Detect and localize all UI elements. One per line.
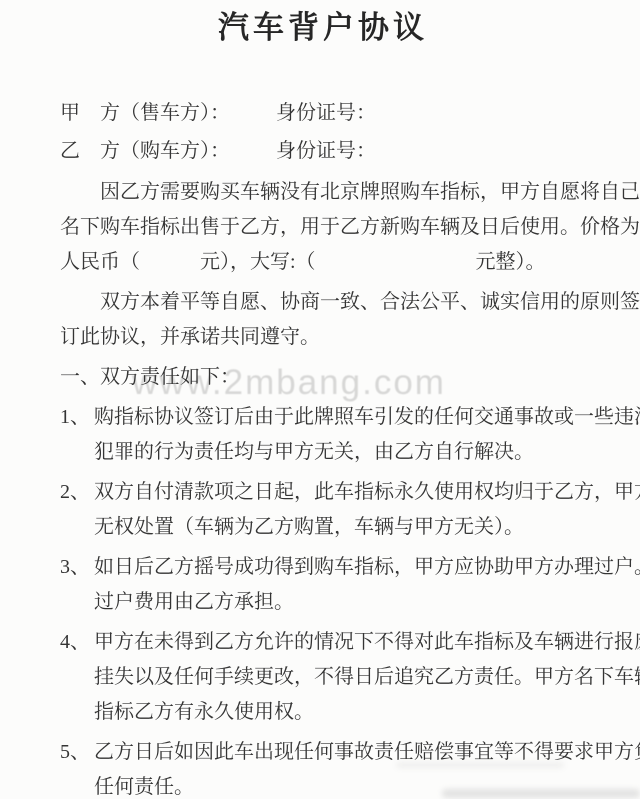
document-content: 汽车背户协议 甲 方（售车方）： 身份证号： 乙 方（购车方）： 身份证号： 因… (0, 0, 640, 799)
party-b-label: 乙 方（购车方）： (60, 132, 276, 170)
clause-line: 乙方日后如因此车出现任何事故责任赔偿事宜等不得要求甲方负 (94, 735, 640, 770)
clause-row: 4、 甲方在未得到乙方允许的情况下不得对此车指标及车辆进行报废 (60, 625, 586, 660)
clause-number: 3、 (60, 550, 94, 585)
party-a-id-label: 身份证号： (276, 94, 376, 132)
clause-line: 如日后乙方摇号成功得到购车指标，甲方应协助甲方办理过户。 (94, 550, 640, 585)
clause-row: 3、 如日后乙方摇号成功得到购车指标，甲方应协助甲方办理过户。 (60, 550, 586, 585)
clause-line: 犯罪的行为责任均与甲方无关，由乙方自行解决。 (60, 435, 586, 470)
clause-row: 1、 购指标协议签订后由于此牌照车引发的任何交通事故或一些违法 (60, 400, 586, 435)
clause-2: 2、 双方自付清款项之日起，此车指标永久使用权均归于乙方，甲方 无权处置（车辆为… (60, 475, 586, 545)
clause-number: 1、 (60, 400, 94, 435)
clause-line: 指标乙方有永久使用权。 (60, 695, 586, 730)
page-title: 汽车背户协议 (60, 0, 586, 49)
paragraph-line: 双方本着平等自愿、协商一致、合法公平、诚实信用的原则签 (60, 285, 586, 320)
party-b-row: 乙 方（购车方）： 身份证号： (60, 132, 586, 170)
parties-section: 甲 方（售车方）： 身份证号： 乙 方（购车方）： 身份证号： (60, 94, 586, 170)
clause-line: 甲方在未得到乙方允许的情况下不得对此车指标及车辆进行报废 (94, 625, 640, 660)
intro-paragraph: 因乙方需要购买车辆没有北京牌照购车指标，甲方自愿将自己 名下购车指标出售于乙方，… (60, 175, 586, 280)
paragraph-line: 名下购车指标出售于乙方，用于乙方新购车辆及日后使用。价格为 (60, 210, 586, 245)
clause-4: 4、 甲方在未得到乙方允许的情况下不得对此车指标及车辆进行报废 挂失以及任何手续… (60, 625, 586, 730)
paragraph-line: 因乙方需要购买车辆没有北京牌照购车指标，甲方自愿将自己 (60, 175, 586, 210)
clause-row: 5、 乙方日后如因此车出现任何事故责任赔偿事宜等不得要求甲方负 (60, 735, 586, 770)
clause-line: 任何责任。 (60, 770, 586, 799)
clause-number: 4、 (60, 625, 94, 660)
clause-line: 购指标协议签订后由于此牌照车引发的任何交通事故或一些违法 (94, 400, 640, 435)
clause-5: 5、 乙方日后如因此车出现任何事故责任赔偿事宜等不得要求甲方负 任何责任。 (60, 735, 586, 799)
clause-line: 挂失以及任何手续更改，不得日后追究乙方责任。甲方名下车辆 (60, 660, 586, 695)
party-a-row: 甲 方（售车方）： 身份证号： (60, 94, 586, 132)
document-page: www.2mbang.com 汽车背户协议 甲 方（售车方）： 身份证号： 乙 … (0, 0, 640, 799)
clause-line: 无权处置（车辆为乙方购置，车辆与甲方无关）。 (60, 510, 586, 545)
clause-number: 2、 (60, 475, 94, 510)
paragraph-line: 订此协议，并承诺共同遵守。 (60, 320, 586, 355)
party-b-id-label: 身份证号： (276, 132, 376, 170)
clause-row: 2、 双方自付清款项之日起，此车指标永久使用权均归于乙方，甲方 (60, 475, 586, 510)
paragraph-line: 人民币（ 元），大写:（ 元整）。 (60, 245, 586, 280)
party-a-label: 甲 方（售车方）： (60, 94, 276, 132)
principles-paragraph: 双方本着平等自愿、协商一致、合法公平、诚实信用的原则签 订此协议，并承诺共同遵守… (60, 285, 586, 355)
clause-line: 过户费用由乙方承担。 (60, 585, 586, 620)
clause-number: 5、 (60, 735, 94, 770)
clause-3: 3、 如日后乙方摇号成功得到购车指标，甲方应协助甲方办理过户。 过户费用由乙方承… (60, 550, 586, 620)
clause-line: 双方自付清款项之日起，此车指标永久使用权均归于乙方，甲方 (94, 475, 640, 510)
clause-1: 1、 购指标协议签订后由于此牌照车引发的任何交通事故或一些违法 犯罪的行为责任均… (60, 400, 586, 470)
section-heading: 一、双方责任如下： (60, 360, 586, 395)
